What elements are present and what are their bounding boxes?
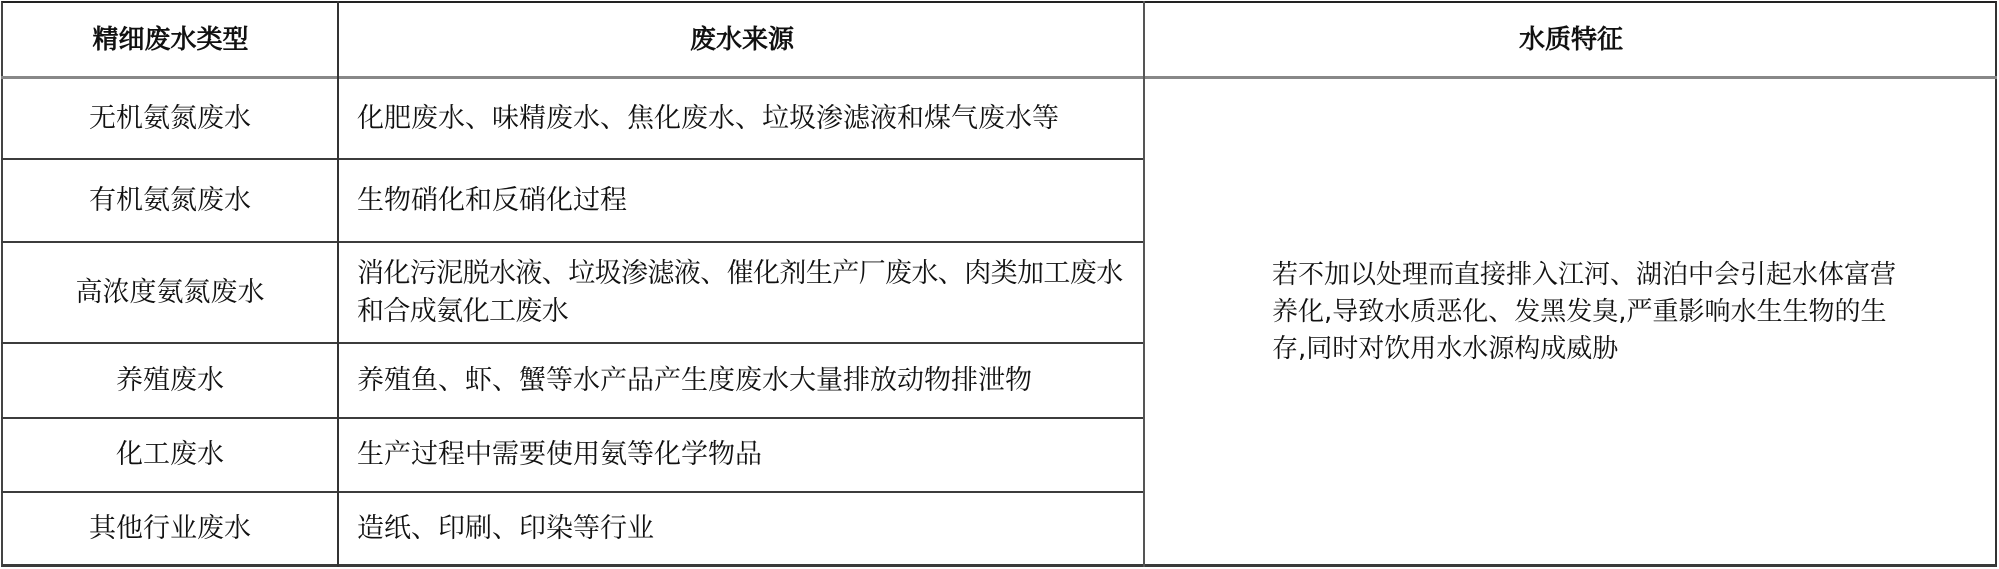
wastewater-source: 化肥废水、味精废水、焦化废水、垃圾渗滤液和煤气废水等 [357, 100, 1059, 138]
table-row-source-cell: 生物硝化和反硝化过程 [339, 160, 1143, 241]
table-row-type-cell: 化工废水 [3, 419, 337, 491]
water-quality-characteristic: 若不加以处理而直接排入江河、湖泊中会引起水体富营养化,导致水质恶化、发黑发臭,严… [1272, 257, 1912, 368]
wastewater-type: 无机氨氮废水 [89, 100, 251, 138]
table-row-source-cell: 生产过程中需要使用氨等化学物品 [339, 419, 1143, 491]
table-row-type-cell: 其他行业废水 [3, 493, 337, 565]
wastewater-type: 化工废水 [116, 436, 224, 474]
table-row-source-cell: 消化污泥脱水液、垃圾渗滤液、催化剂生产厂废水、肉类加工废水和合成氨化工废水 [339, 243, 1143, 342]
header-cell-characteristic: 水质特征 [1146, 3, 1996, 77]
table-row-source-cell: 造纸、印刷、印染等行业 [339, 493, 1143, 565]
wastewater-source: 养殖鱼、虾、蟹等水产品产生度废水大量排放动物排泄物 [357, 362, 1032, 400]
table-row-type-cell: 无机氨氮废水 [3, 79, 337, 158]
header-source-label: 废水来源 [690, 21, 794, 59]
wastewater-type: 高浓度氨氮废水 [76, 274, 265, 312]
wastewater-type: 养殖废水 [116, 362, 224, 400]
wastewater-source: 造纸、印刷、印染等行业 [357, 510, 654, 548]
wastewater-type: 有机氨氮废水 [89, 182, 251, 220]
table-row-type-cell: 养殖废水 [3, 344, 337, 417]
header-characteristic-label: 水质特征 [1519, 21, 1623, 59]
wastewater-source: 消化污泥脱水液、垃圾渗滤液、催化剂生产厂废水、肉类加工废水和合成氨化工废水 [357, 255, 1137, 331]
table-row-type-cell: 有机氨氮废水 [3, 160, 337, 241]
table-row-source-cell: 养殖鱼、虾、蟹等水产品产生度废水大量排放动物排泄物 [339, 344, 1143, 417]
header-cell-source: 废水来源 [340, 3, 1144, 77]
wastewater-source: 生产过程中需要使用氨等化学物品 [357, 436, 762, 474]
table-row-type-cell: 高浓度氨氮废水 [3, 243, 337, 342]
wastewater-source: 生物硝化和反硝化过程 [357, 182, 627, 220]
column-divider-2 [1143, 1, 1145, 567]
header-cell-type: 精细废水类型 [3, 3, 338, 77]
table-row-source-cell: 化肥废水、味精废水、焦化废水、垃圾渗滤液和煤气废水等 [339, 79, 1143, 158]
wastewater-type: 其他行业废水 [89, 510, 251, 548]
header-type-label: 精细废水类型 [92, 21, 248, 59]
